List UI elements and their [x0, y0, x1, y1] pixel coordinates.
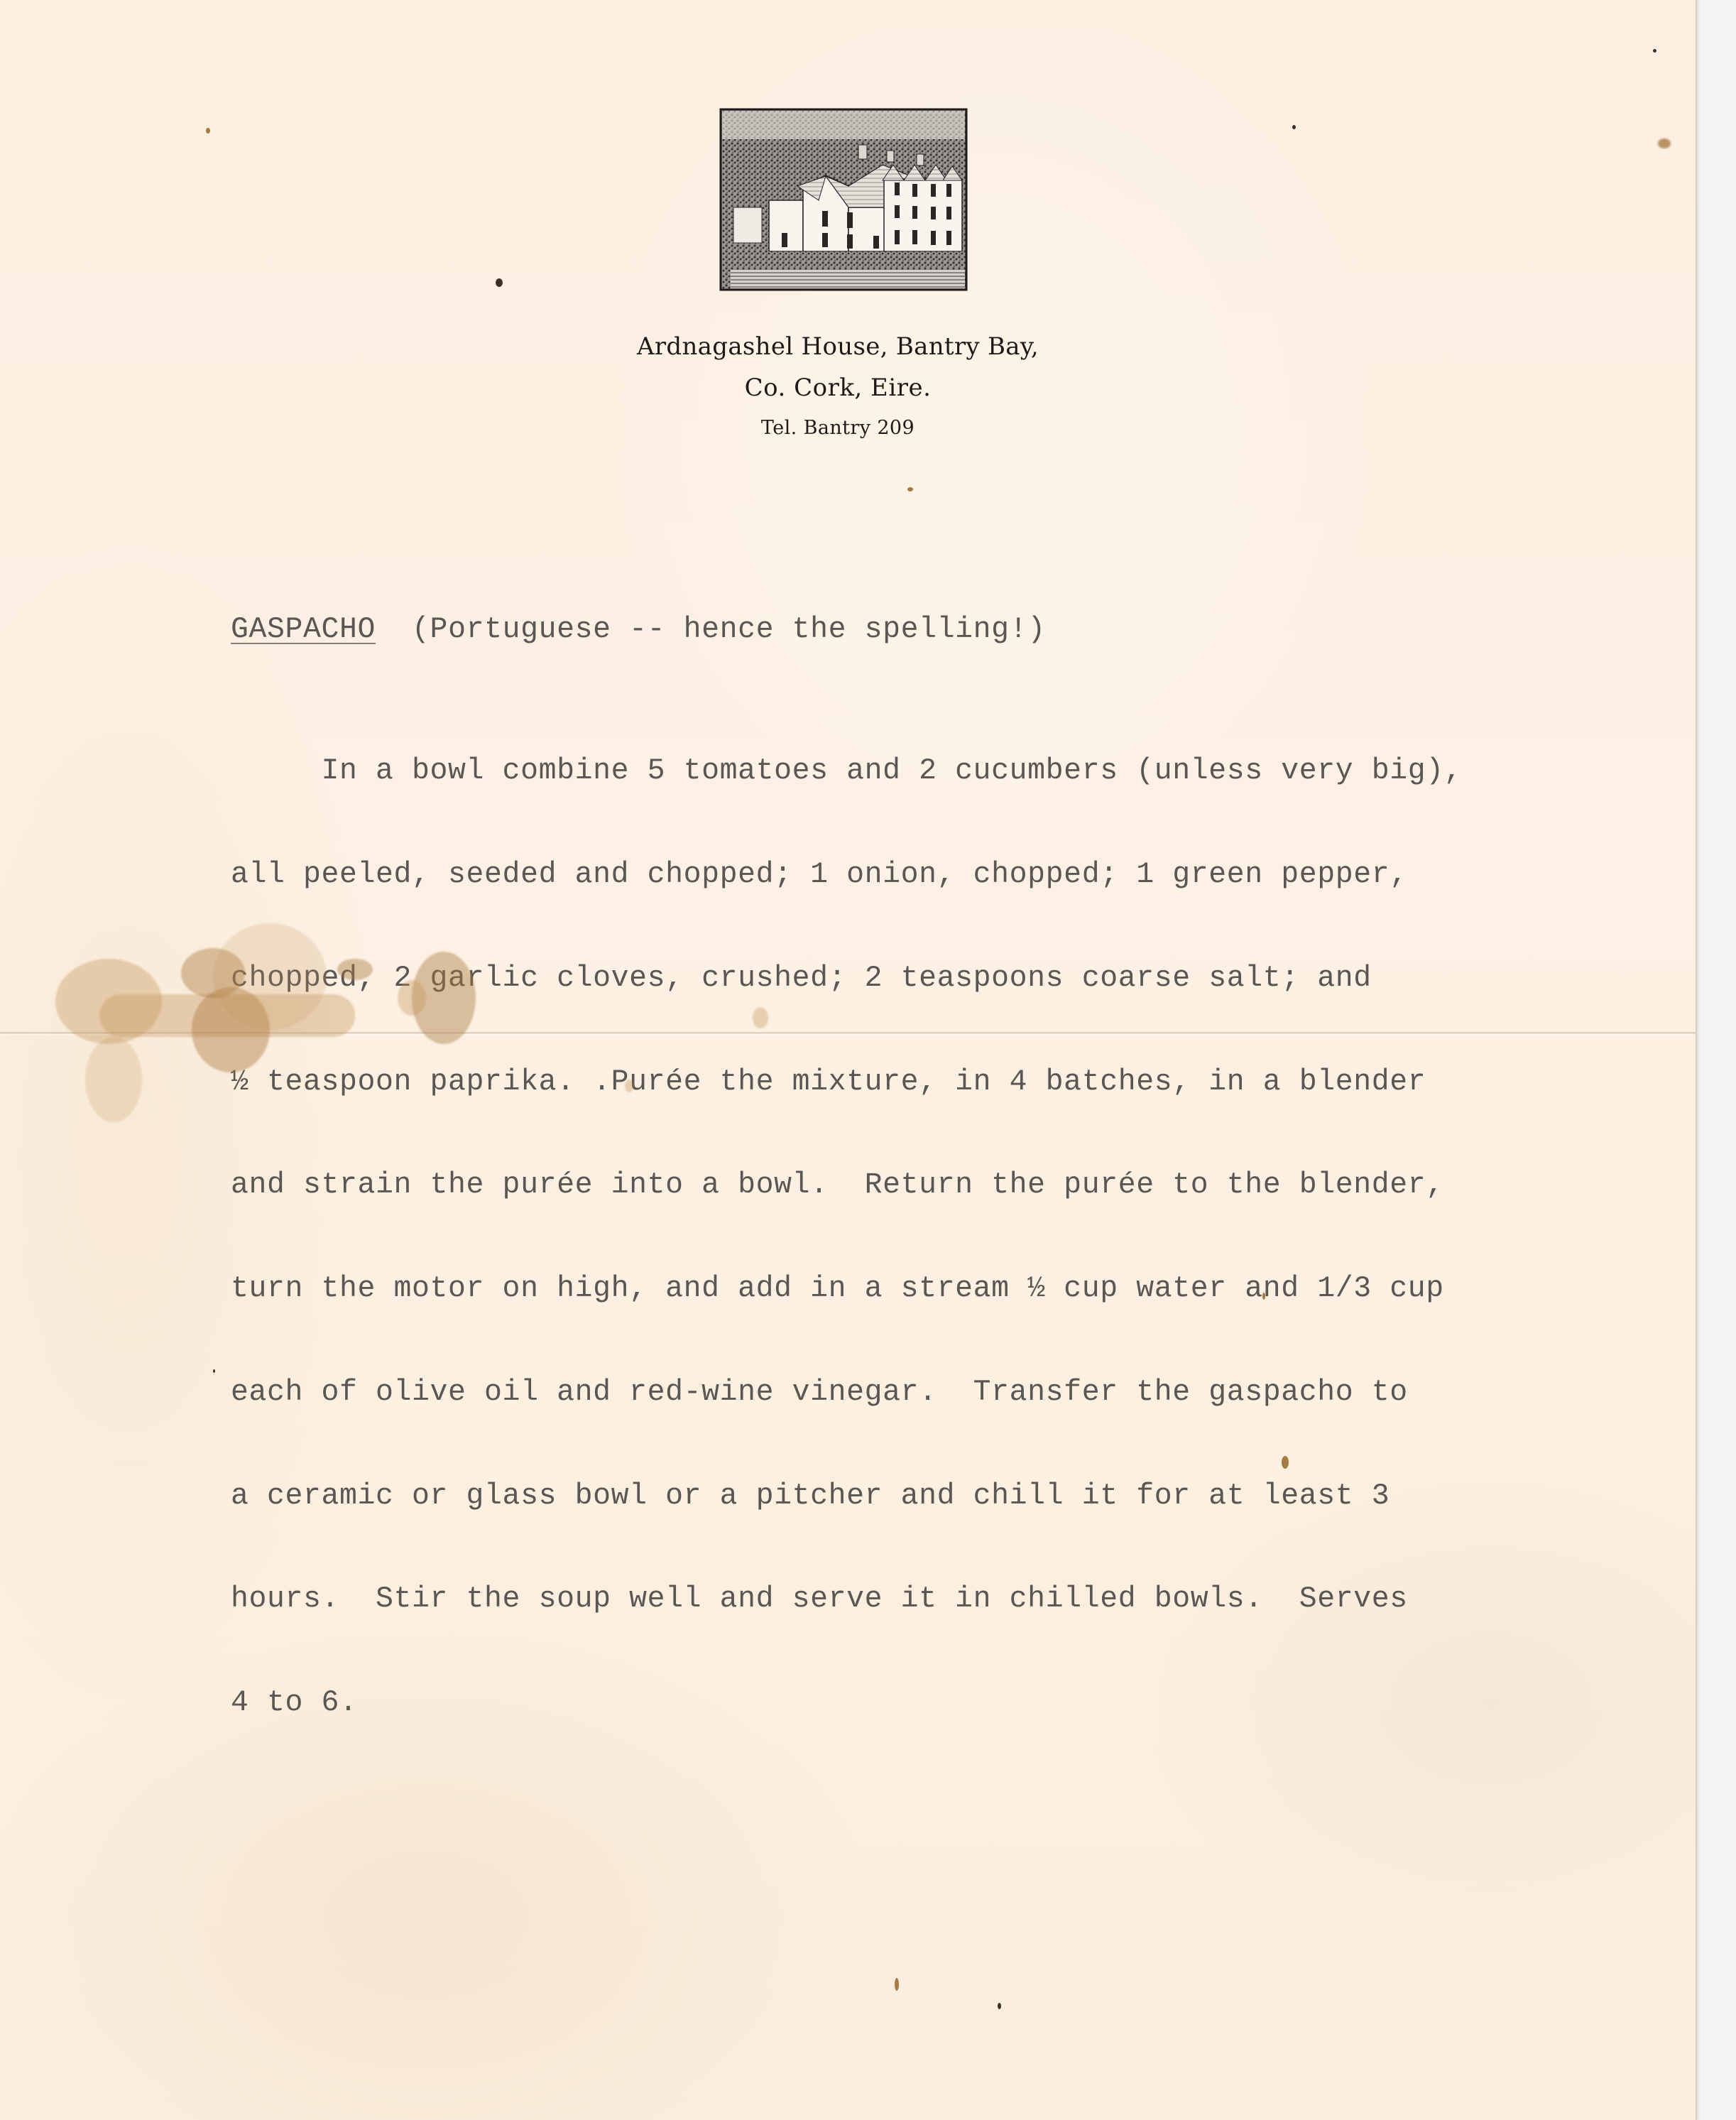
letterhead-house-name: Ardnagashel House, Bantry Bay, — [554, 332, 1122, 361]
recipe-body-line: ½ teaspoon paprika. .Purée the mixture, … — [231, 1065, 1462, 1100]
recipe-body: In a bowl combine 5 tomatoes and 2 cucum… — [231, 685, 1462, 1790]
recipe-heading: GASPACHO (Portuguese -- hence the spelli… — [231, 612, 1046, 648]
recipe-body-line: 4 to 6. — [231, 1686, 1462, 1721]
letterhead-address: Ardnagashel House, Bantry Bay, Co. Cork,… — [554, 332, 1122, 440]
recipe-body-line: all peeled, seeded and chopped; 1 onion,… — [231, 858, 1462, 893]
recipe-body-line: In a bowl combine 5 tomatoes and 2 cucum… — [231, 754, 1462, 789]
paper-sheet: Ardnagashel House, Bantry Bay, Co. Cork,… — [0, 0, 1697, 2120]
letterhead-county: Co. Cork, Eire. — [554, 374, 1122, 402]
recipe-body-line: a ceramic or glass bowl or a pitcher and… — [231, 1479, 1462, 1514]
recipe-body-line: and strain the purée into a bowl. Return… — [231, 1168, 1462, 1203]
house-engraving-image — [719, 108, 968, 291]
recipe-body-line: hours. Stir the soup well and serve it i… — [231, 1582, 1462, 1617]
recipe-subtitle: (Portuguese -- hence the spelling!) — [376, 613, 1046, 646]
letterhead-telephone: Tel. Bantry 209 — [554, 416, 1122, 440]
recipe-title: GASPACHO — [231, 613, 376, 646]
recipe-body-line: turn the motor on high, and add in a str… — [231, 1272, 1462, 1307]
recipe-body-line: each of olive oil and red-wine vinegar. … — [231, 1376, 1462, 1410]
